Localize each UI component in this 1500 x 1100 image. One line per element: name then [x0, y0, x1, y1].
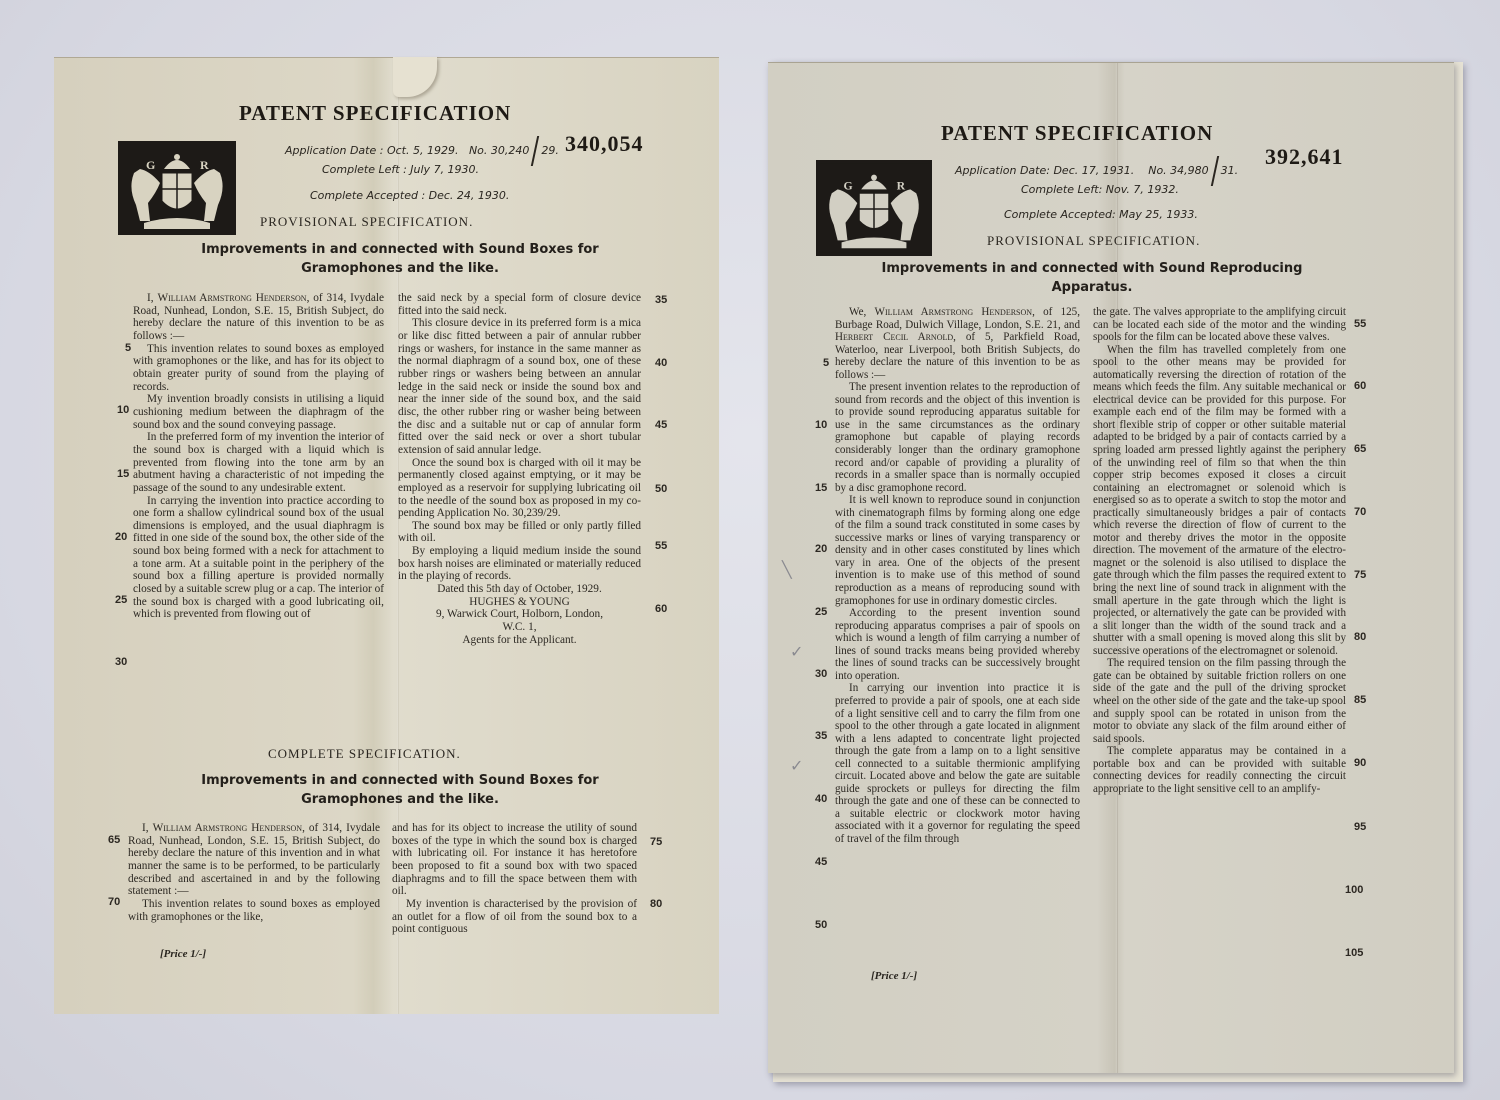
complete-left-date: Complete Left: Nov. 7, 1932. [1021, 183, 1179, 196]
paragraph: The required tension on the film passing… [1093, 657, 1346, 745]
agent-address: 9, Warwick Court, Holborn, London, [398, 608, 641, 621]
line-number: 45 [815, 856, 827, 868]
heading-line: Gramophones and the like. [150, 259, 650, 278]
paragraph: The present invention relates to the rep… [835, 381, 1080, 494]
paragraph: In the preferred form of my invention th… [133, 431, 384, 494]
paragraph: the gate. The valves appropriate to the … [1093, 306, 1346, 344]
line-number: 105 [1345, 947, 1363, 959]
line-number: 10 [117, 404, 129, 416]
application-date: Application Date : Oct. 5, 1929. No. 30,… [285, 136, 559, 166]
line-number: 100 [1345, 884, 1363, 896]
line-number: 65 [1354, 443, 1366, 455]
document-title: PATENT SPECIFICATION [941, 121, 1213, 146]
line-number: 50 [655, 483, 667, 495]
line-number: 50 [815, 919, 827, 931]
provisional-specification-label: PROVISIONAL SPECIFICATION. [987, 233, 1200, 249]
paragraph: In carrying the invention into practice … [133, 495, 384, 622]
royal-crest-icon: G R [118, 141, 236, 235]
line-number: 25 [115, 594, 127, 606]
crest-letter-r: R [897, 179, 906, 192]
crest-letter-g: G [146, 158, 155, 172]
complete-accepted-date: Complete Accepted : Dec. 24, 1930. [310, 189, 509, 202]
paragraph: and has for its object to increase the u… [392, 822, 637, 898]
paragraph: This invention relates to sound boxes as… [133, 343, 384, 394]
paragraph: Once the sound box is charged with oil i… [398, 457, 641, 520]
price-label: [Price 1/-] [871, 970, 917, 982]
price-label: [Price 1/-] [160, 948, 206, 960]
paragraph: My invention is characterised by the pro… [392, 898, 637, 936]
paragraph: The complete apparatus may be contained … [1093, 745, 1346, 795]
line-number: 35 [655, 294, 667, 306]
line-number: 40 [655, 357, 667, 369]
royal-crest-icon: G R [816, 160, 932, 256]
line-number: 10 [815, 419, 827, 431]
line-number: 5 [823, 357, 829, 369]
line-number: 60 [655, 603, 667, 615]
paragraph: In carrying our invention into practice … [835, 682, 1080, 845]
line-number: 55 [655, 540, 667, 552]
paragraph: By employing a liquid medium inside the … [398, 545, 641, 583]
crest-letter-g: G [844, 179, 853, 192]
application-number: No. 30,240 [469, 144, 529, 157]
pencil-mark: ✓ [790, 642, 803, 661]
slash-divider [531, 136, 539, 166]
provisional-specification-label: PROVISIONAL SPECIFICATION. [260, 214, 473, 230]
heading-line: Improvements in and connected with Sound… [150, 771, 650, 790]
heading-line: Gramophones and the like. [150, 790, 650, 809]
document-title: PATENT SPECIFICATION [239, 101, 511, 126]
complete-accepted-date: Complete Accepted: May 25, 1933. [1004, 208, 1198, 221]
provisional-left-column: I, William Armstrong Henderson, of 314, … [133, 292, 384, 621]
paragraph: The sound box may be filled or only part… [398, 520, 641, 545]
agent-name: HUGHES & YOUNG [398, 596, 641, 609]
paragraph: the said neck by a special form of closu… [398, 292, 641, 317]
line-number: 75 [650, 836, 662, 848]
line-number: 80 [650, 898, 662, 910]
line-number: 35 [815, 730, 827, 742]
line-number: 65 [108, 834, 120, 846]
paragraph: It is well known to reproduce sound in c… [835, 494, 1080, 607]
line-number: 20 [815, 543, 827, 555]
agent-role: Agents for the Applicant. [398, 634, 641, 647]
complete-right-column: and has for its object to increase the u… [392, 822, 637, 936]
line-number: 45 [655, 419, 667, 431]
heading-line: Improvements in and connected with Sound… [150, 240, 650, 259]
heading-line: Apparatus. [842, 278, 1342, 297]
pencil-mark: ✓ [790, 756, 803, 775]
complete-left-column: I, William Armstrong Henderson, of 314, … [128, 822, 380, 923]
line-number: 90 [1354, 757, 1366, 769]
line-number: 75 [1354, 569, 1366, 581]
paragraph: This invention relates to sound boxes as… [128, 898, 380, 923]
line-number: 85 [1354, 694, 1366, 706]
paragraph: When the film has travelled completely f… [1093, 344, 1346, 658]
line-number: 70 [1354, 506, 1366, 518]
patent-number: 392,641 [1265, 144, 1344, 170]
complete-specification-label: COMPLETE SPECIFICATION. [268, 746, 461, 762]
paragraph: My invention broadly consists in utilisi… [133, 393, 384, 431]
line-number: 70 [108, 896, 120, 908]
line-number: 30 [115, 656, 127, 668]
invention-heading: Improvements in and connected with Sound… [842, 259, 1342, 297]
line-number: 80 [1354, 631, 1366, 643]
application-date: Application Date: Dec. 17, 1931. No. 34,… [955, 156, 1238, 186]
application-number: No. 34,980 [1148, 164, 1208, 177]
line-number: 30 [815, 668, 827, 680]
agent-postcode: W.C. 1, [398, 621, 641, 634]
paragraph: I, William Armstrong Henderson, of 314, … [133, 292, 384, 343]
line-number: 95 [1354, 821, 1366, 833]
line-number: 40 [815, 793, 827, 805]
dated-line: Dated this 5th day of October, 1929. [398, 583, 641, 596]
line-number: 15 [117, 468, 129, 480]
provisional-right-column: the gate. The valves appropriate to the … [1093, 306, 1346, 795]
complete-left-date: Complete Left : July 7, 1930. [322, 163, 479, 176]
slash-divider [1210, 156, 1218, 186]
provisional-left-column: We, William Armstrong Henderson, of 125,… [835, 306, 1080, 846]
heading-line: Improvements in and connected with Sound… [842, 259, 1342, 278]
paragraph: I, William Armstrong Henderson, of 314, … [128, 822, 380, 898]
patent-number: 340,054 [565, 131, 644, 157]
line-number: 15 [815, 482, 827, 494]
paragraph: According to the present invention sound… [835, 607, 1080, 682]
line-number: 20 [115, 531, 127, 543]
pencil-mark: ╲ [782, 560, 792, 579]
line-number: 5 [125, 342, 131, 354]
line-number: 25 [815, 606, 827, 618]
invention-heading: Improvements in and connected with Sound… [150, 240, 650, 278]
paragraph: This closure device in its preferred for… [398, 317, 641, 456]
line-number: 60 [1354, 380, 1366, 392]
line-number: 55 [1354, 318, 1366, 330]
paragraph: We, William Armstrong Henderson, of 125,… [835, 306, 1080, 381]
provisional-right-column: the said neck by a special form of closu… [398, 292, 641, 646]
crest-letter-r: R [200, 158, 209, 172]
invention-heading: Improvements in and connected with Sound… [150, 771, 650, 809]
